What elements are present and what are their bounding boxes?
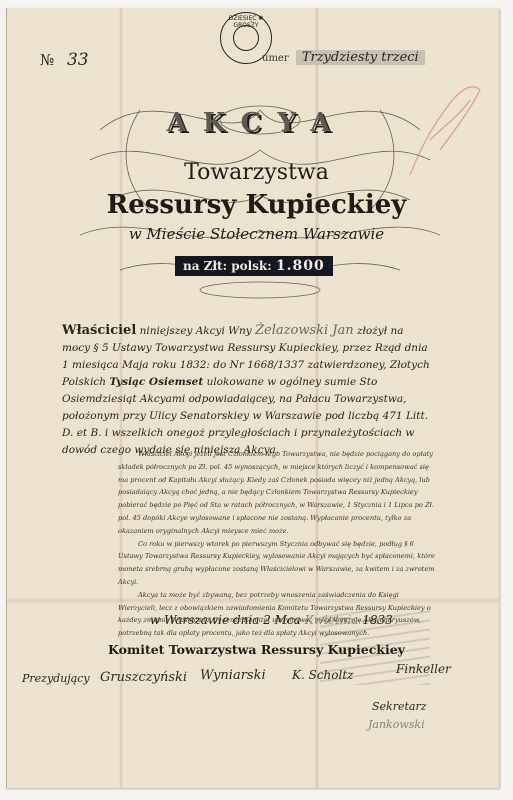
- certificate-number: № 33: [40, 50, 89, 70]
- series-value: Trzydziesty trzeci: [296, 50, 425, 65]
- secretary-label: Sekretarz: [372, 700, 427, 713]
- subtitle-society: Towarzystwa: [0, 160, 513, 185]
- term-paragraph: Właściciel Akcyi jeżeli jest Członkiem t…: [118, 448, 438, 538]
- number-value: 33: [67, 50, 89, 70]
- subtitle-city: w Mieście Stołecznem Warszawie: [0, 225, 513, 243]
- subtitle-club: Ressursy Kupieckiey: [0, 190, 513, 220]
- place: w Warszawie: [150, 613, 229, 627]
- signature-4: Finkeller: [396, 662, 451, 676]
- secretary-signature: Jankowski: [368, 718, 425, 731]
- amount-value: 1.800: [276, 258, 325, 274]
- signature-1: Gruszczyński: [100, 670, 187, 685]
- number-label: №: [40, 51, 54, 69]
- body-text-3: ulokowane w ogólney sumie Sto Osiemdzies…: [62, 376, 428, 456]
- amount-in-words: Tysiąc Osiemset: [109, 376, 203, 388]
- month-label: Mca: [275, 613, 301, 627]
- document-title: AKCYA: [0, 108, 513, 138]
- body-lead: Właściciel: [62, 323, 136, 338]
- term-paragraph: Co roku w pierwszy wtorek po pierwszym S…: [118, 538, 438, 589]
- presidents-label: Prezydujący: [22, 672, 90, 685]
- certificate-body: Właściciel niniejszey Akcyi Wny Żelazows…: [62, 322, 432, 459]
- amount-box: na Złt: polsk: 1.800: [175, 256, 333, 276]
- day: 2: [263, 613, 271, 627]
- owner-name: Żelazowski Jan: [255, 323, 354, 338]
- series-field: umer Trzydziesty trzeci: [262, 50, 425, 65]
- issue-date: w Warszawie dnia 2 Mca Kwietnia 1833: [150, 613, 393, 627]
- day-label: dnia: [233, 613, 259, 627]
- year: 1833: [362, 613, 393, 627]
- stamp-inner-circle: [233, 25, 259, 51]
- amount-label: na Złt: polsk:: [183, 259, 272, 273]
- committee-title: Komitet Towarzystwa Ressursy Kupieckiey: [0, 642, 513, 657]
- series-label: umer: [262, 53, 289, 64]
- signature-3: K. Scholtz: [292, 668, 353, 682]
- signature-2: Wyniarski: [200, 668, 266, 683]
- month: Kwietnia: [305, 613, 359, 627]
- body-text-1: niniejszey Akcyi Wny: [140, 325, 252, 337]
